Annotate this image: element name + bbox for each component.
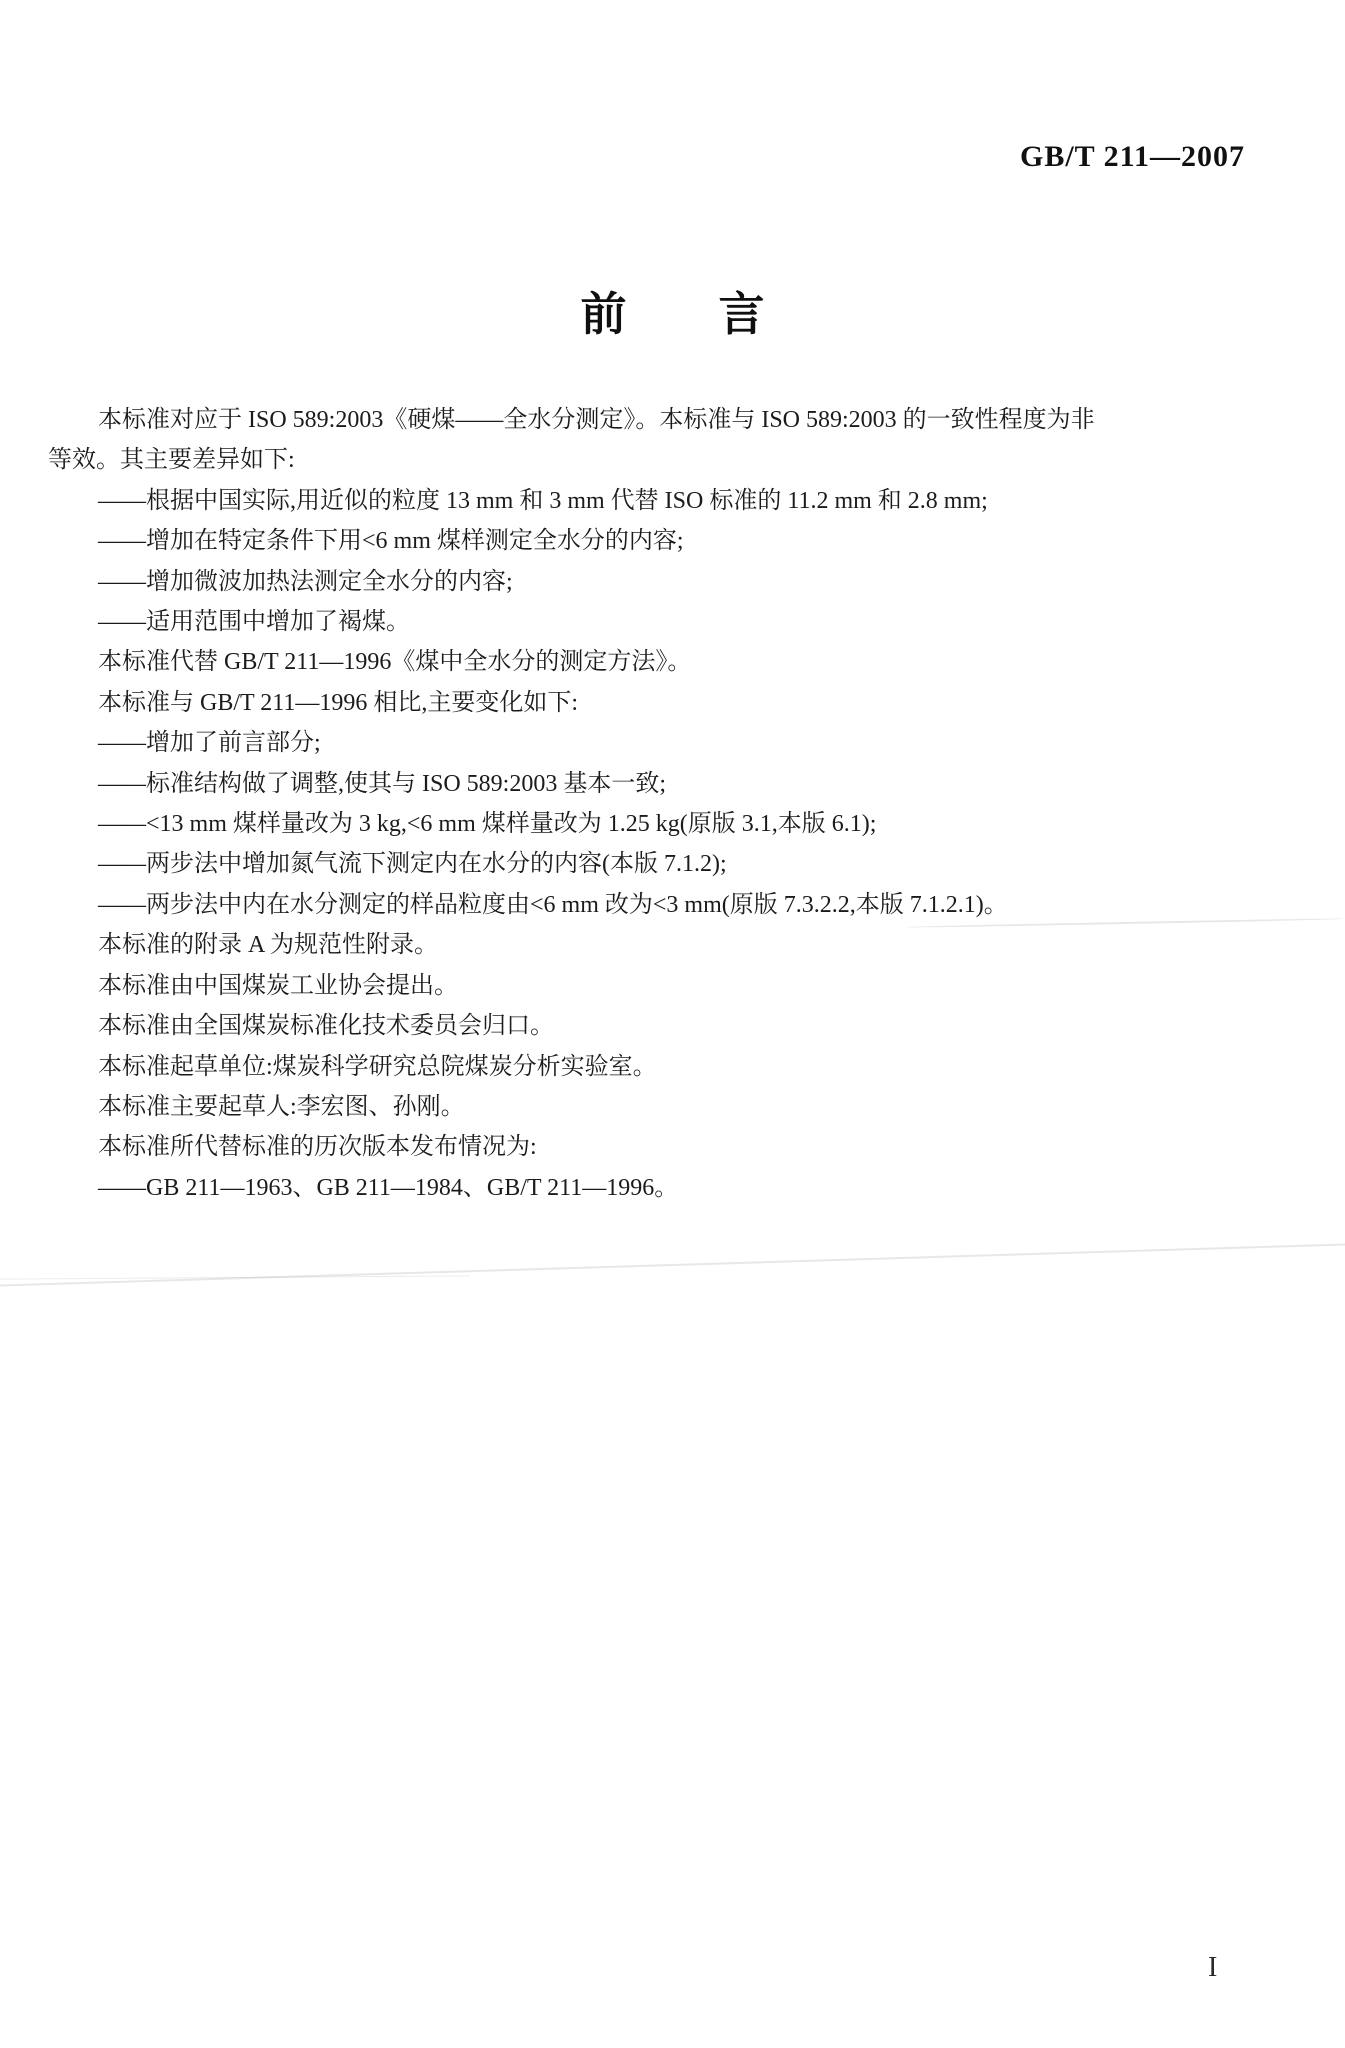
body-line: 本标准由全国煤炭标准化技术委员会归口。: [48, 1006, 1298, 1046]
body-line: 本标准代替 GB/T 211—1996《煤中全水分的测定方法》。: [48, 642, 1298, 682]
body-line: 本标准起草单位:煤炭科学研究总院煤炭分析实验室。: [48, 1047, 1298, 1087]
page-title: 前 言: [0, 278, 1345, 344]
body-line: ——增加了前言部分;: [48, 723, 1298, 763]
body-line: ——适用范围中增加了褐煤。: [48, 602, 1298, 642]
body-line: 本标准由中国煤炭工业协会提出。: [48, 966, 1298, 1006]
body-line: 本标准对应于 ISO 589:2003《硬煤——全水分测定》。本标准与 ISO …: [48, 400, 1298, 440]
body-line: 本标准所代替标准的历次版本发布情况为:: [48, 1127, 1298, 1167]
document-page: GB/T 211—2007 前 言 本标准对应于 ISO 589:2003《硬煤…: [0, 0, 1345, 2048]
body-line: ——根据中国实际,用近似的粒度 13 mm 和 3 mm 代替 ISO 标准的 …: [48, 481, 1298, 521]
page-number: I: [1208, 1952, 1217, 1984]
scan-artifact-line: [0, 1275, 470, 1279]
body-line: ——两步法中增加氮气流下测定内在水分的内容(本版 7.1.2);: [48, 844, 1298, 884]
body-line: ——增加微波加热法测定全水分的内容;: [48, 562, 1298, 602]
body-line: ——标准结构做了调整,使其与 ISO 589:2003 基本一致;: [48, 764, 1298, 804]
foreword-body: 本标准对应于 ISO 589:2003《硬煤——全水分测定》。本标准与 ISO …: [48, 400, 1298, 1208]
body-line: 本标准与 GB/T 211—1996 相比,主要变化如下:: [48, 683, 1298, 723]
standard-number: GB/T 211—2007: [1020, 140, 1245, 174]
body-line: 本标准的附录 A 为规范性附录。: [48, 925, 1298, 965]
body-line: ——增加在特定条件下用<6 mm 煤样测定全水分的内容;: [48, 521, 1298, 561]
scan-artifact-line: [0, 1243, 1345, 1286]
body-line: ——两步法中内在水分测定的样品粒度由<6 mm 改为<3 mm(原版 7.3.2…: [48, 885, 1298, 925]
body-line: ——GB 211—1963、GB 211—1984、GB/T 211—1996。: [48, 1168, 1298, 1208]
body-line: 等效。其主要差异如下:: [48, 440, 1298, 480]
body-line: 本标准主要起草人:李宏图、孙刚。: [48, 1087, 1298, 1127]
body-line: ——<13 mm 煤样量改为 3 kg,<6 mm 煤样量改为 1.25 kg(…: [48, 804, 1298, 844]
